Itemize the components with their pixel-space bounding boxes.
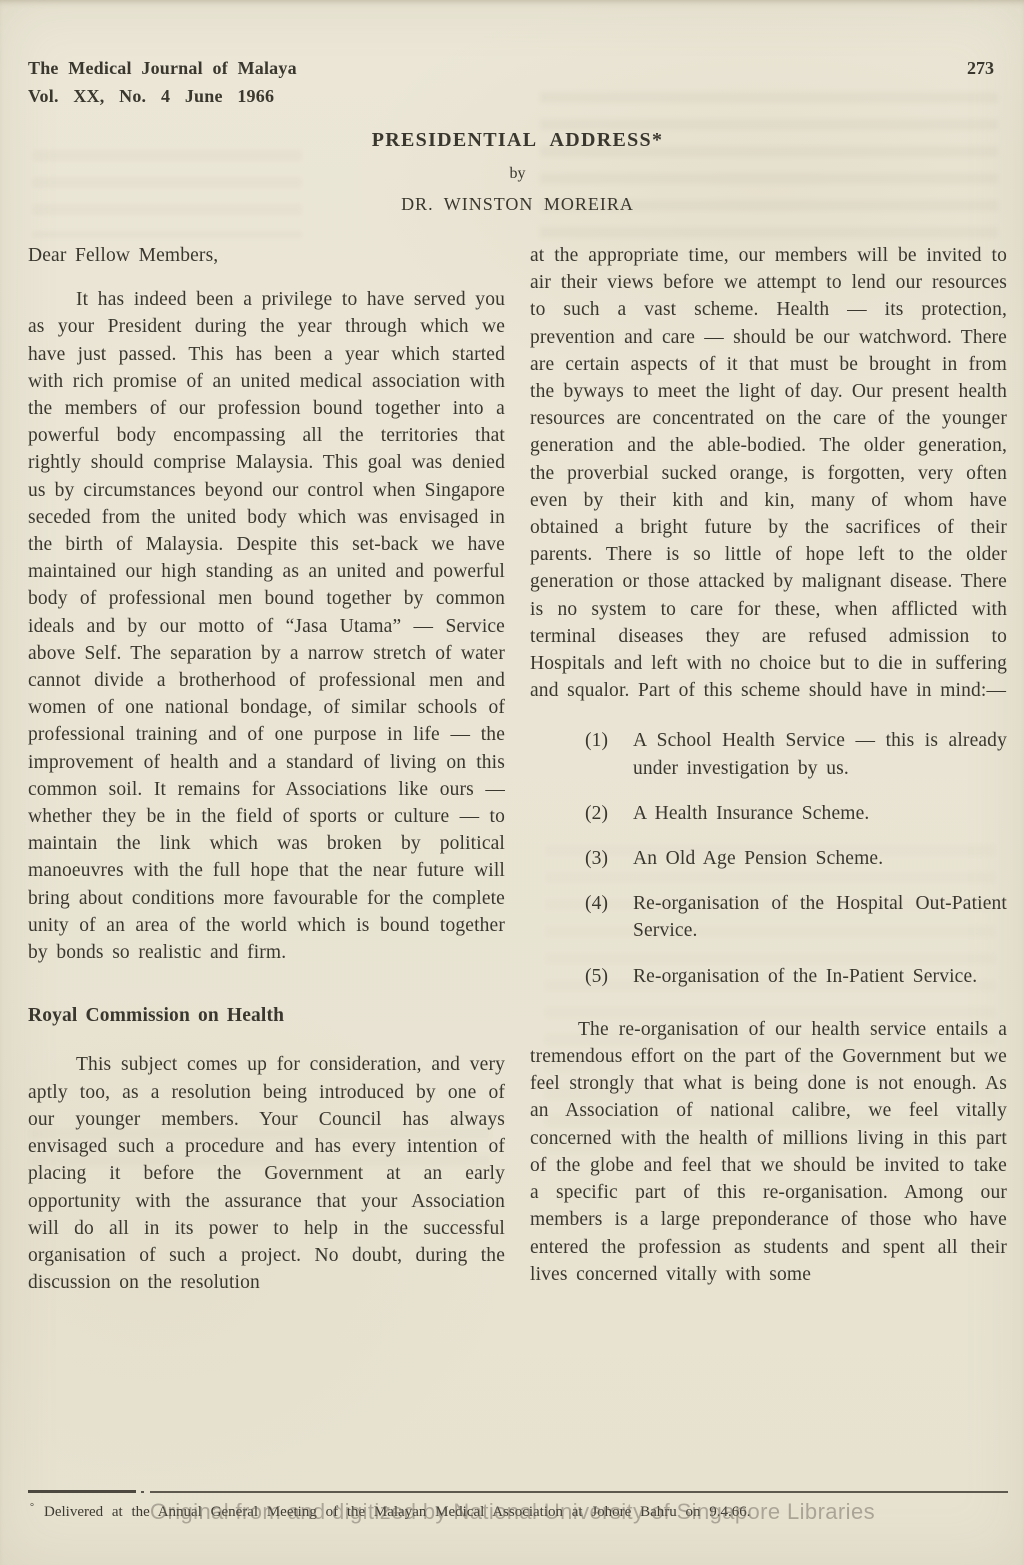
two-column-body: Dear Fellow Members, It has indeed been … xyxy=(28,242,1007,1296)
footnote-rule-right xyxy=(150,1491,1008,1493)
footnote-rule-left xyxy=(28,1490,136,1493)
footnote-rule-dot xyxy=(141,1491,144,1493)
list-item: (3) An Old Age Pension Scheme. xyxy=(585,845,1007,872)
list-item-text: Re-organisation of the Hospital Out-Pati… xyxy=(633,893,1007,941)
list-item-text: A Health Insurance Scheme. xyxy=(633,803,869,824)
list-item-marker: (4) xyxy=(585,890,608,917)
list-item-text: A School Health Service — this is alread… xyxy=(633,730,1007,778)
paragraph: The re-organisation of our health servic… xyxy=(530,1016,1007,1288)
paragraph: It has indeed been a privilege to have s… xyxy=(28,286,505,966)
left-column: Dear Fellow Members, It has indeed been … xyxy=(28,242,505,1296)
list-item: (1) A School Health Service — this is al… xyxy=(585,727,1007,781)
list-item: (5) Re-organisation of the In-Patient Se… xyxy=(585,963,1007,990)
journal-title: The Medical Journal of Malaya xyxy=(28,58,297,79)
journal-page: The Medical Journal of Malaya Vol. XX, N… xyxy=(0,0,1024,1565)
footnote: °Delivered at the Annual General Meeting… xyxy=(30,1502,990,1521)
list-item-marker: (5) xyxy=(585,963,608,990)
journal-masthead: The Medical Journal of Malaya Vol. XX, N… xyxy=(28,58,297,107)
journal-volume-line: Vol. XX, No. 4 June 1966 xyxy=(28,86,297,107)
list-item-marker: (1) xyxy=(585,727,608,754)
numbered-list: (1) A School Health Service — this is al… xyxy=(585,727,1007,989)
list-item-text: Re-organisation of the In-Patient Servic… xyxy=(633,966,977,987)
byline-prefix: by xyxy=(28,165,1007,183)
paragraph: at the appropriate time, our members wil… xyxy=(530,242,1007,704)
paragraph: This subject comes up for consideration,… xyxy=(28,1051,505,1296)
author-name: DR. WINSTON MOREIRA xyxy=(28,194,1007,215)
footnote-marker: ° xyxy=(30,1502,34,1513)
list-item-marker: (3) xyxy=(585,845,608,872)
article-title-block: PRESIDENTIAL ADDRESS* by DR. WINSTON MOR… xyxy=(28,129,1007,215)
footnote-text: Delivered at the Annual General Meeting … xyxy=(44,1504,751,1520)
list-item: (4) Re-organisation of the Hospital Out-… xyxy=(585,890,1007,944)
list-item: (2) A Health Insurance Scheme. xyxy=(585,800,1007,827)
list-item-text: An Old Age Pension Scheme. xyxy=(633,848,883,869)
page-header: The Medical Journal of Malaya Vol. XX, N… xyxy=(28,58,1007,107)
list-item-marker: (2) xyxy=(585,800,608,827)
salutation: Dear Fellow Members, xyxy=(28,242,505,269)
article-title: PRESIDENTIAL ADDRESS* xyxy=(28,129,1007,152)
right-column: at the appropriate time, our members wil… xyxy=(530,242,1007,1296)
section-heading: Royal Commission on Health xyxy=(28,1002,505,1029)
page-number: 273 xyxy=(967,58,1007,79)
